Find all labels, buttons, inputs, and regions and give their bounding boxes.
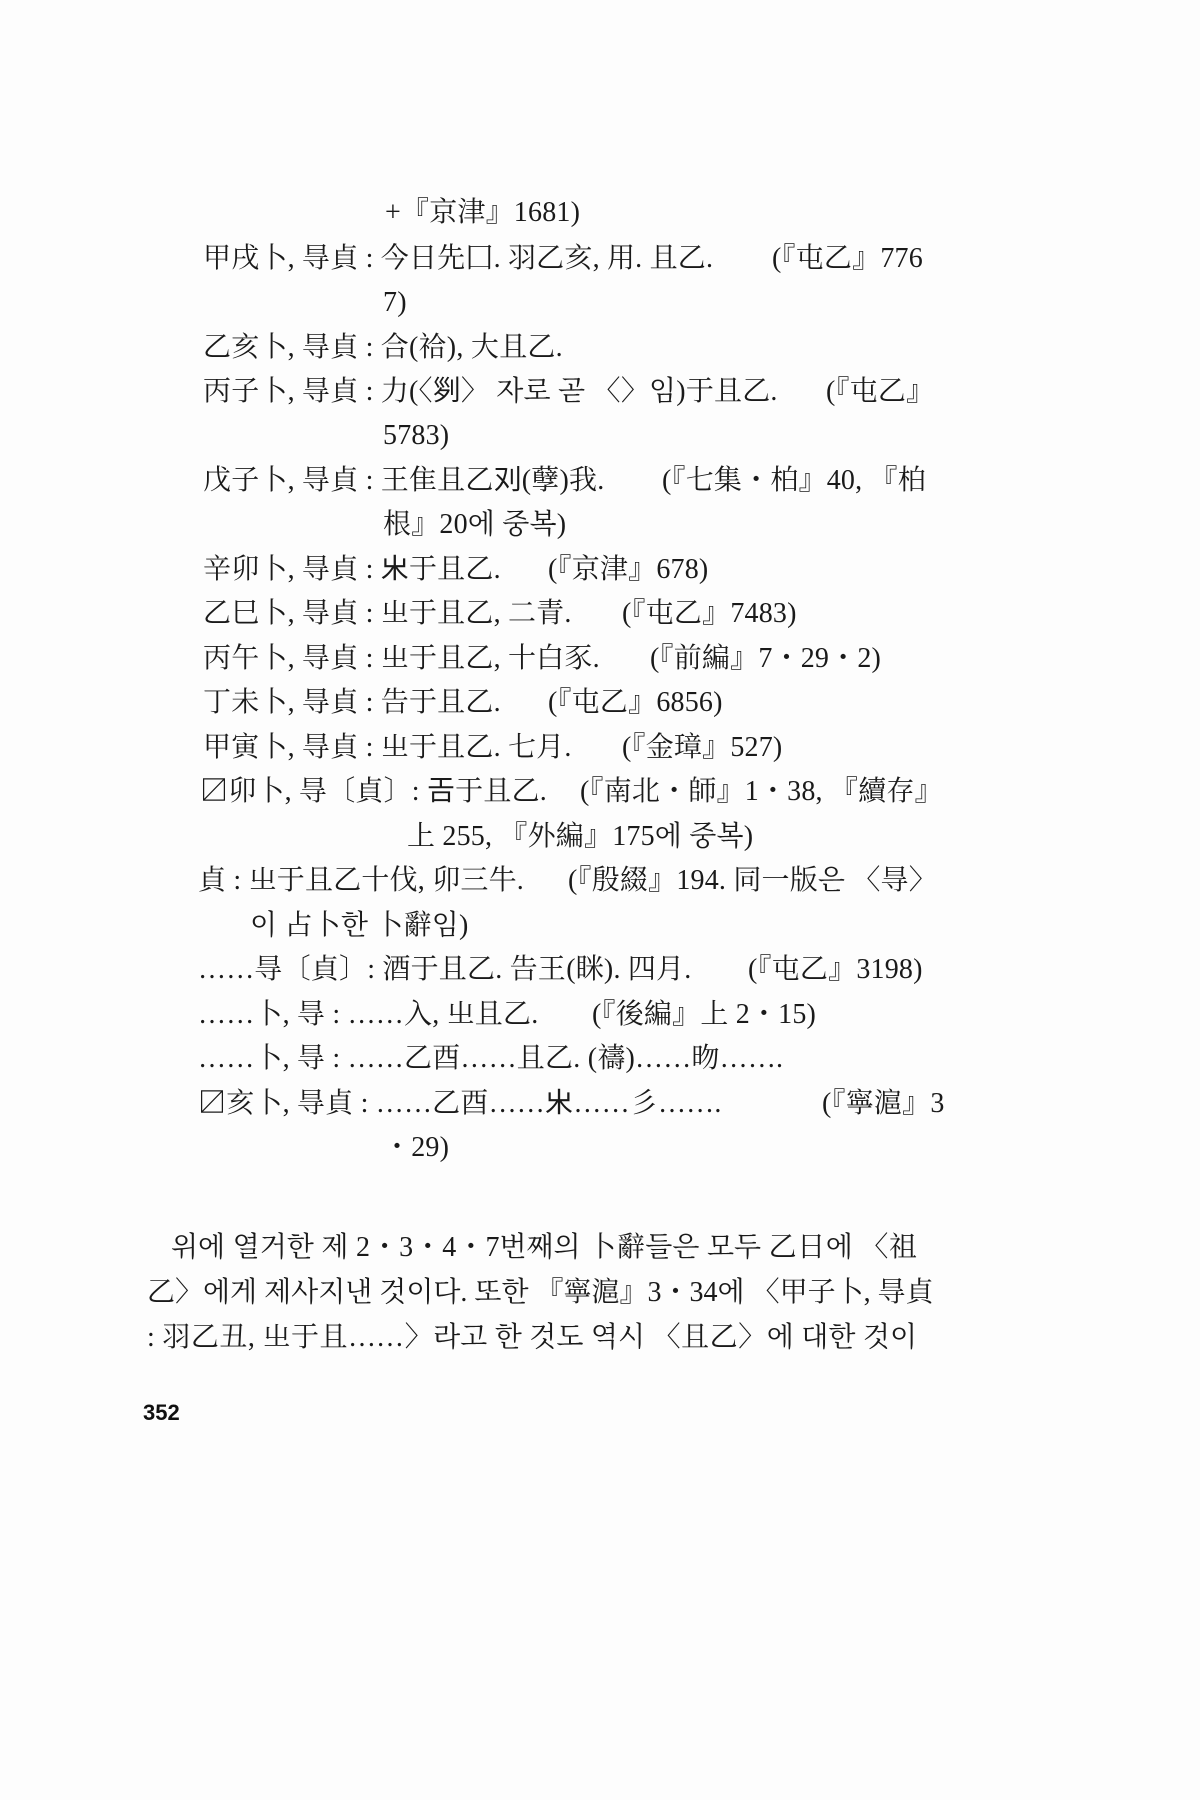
entry-body: ……乙酉……𣎵𠃬……彡…….	[376, 1088, 722, 1119]
entry-citation: (『屯乙』7483)	[622, 597, 797, 631]
inscription-entry: 貞 : 㞢于且乙十伐, 卯三牛.	[198, 864, 524, 898]
entry-citation: (『屯乙』3198)	[748, 953, 923, 987]
inscription-entry: 丙子卜, 㝵貞 : 力(〈𠛱〉 자로 곧 〈𡕥〉임)于且乙.	[203, 375, 778, 409]
inscription-entry: ……㝵〔貞〕: 酒于且乙. 告王𡆥(眯). 四月.	[198, 953, 691, 987]
inscription-entry: ……卜, 㝵 : ……入, 㞢且乙.	[198, 998, 538, 1032]
entry-continuation: 이 占卜한 卜辭임)	[250, 909, 468, 943]
inscription-entry: 〼亥卜, 㝵貞 : ……乙酉……𣎵𠃬……彡…….	[198, 1087, 722, 1121]
entry-continuation: 上 255, 『外編』175에 중복)	[407, 820, 753, 854]
entry-continuation: 5783)	[383, 419, 449, 453]
entry-prefix: ……卜, 㝵 :	[198, 1043, 348, 1074]
entry-body: 合(祫)𠀠, 大𢀛且乙.	[381, 332, 563, 363]
paragraph-line: 乙〉에게 제사지낸 것이다. 또한 『寧滬』3・34에 〈甲子卜, 㝵貞	[147, 1270, 917, 1315]
inscription-entry: 甲寅卜, 㝵貞 : 㞢于且乙. 七月.	[203, 731, 572, 765]
entry-prefix: ……卜, 㝵 :	[198, 999, 348, 1030]
entry-prefix: 甲寅卜, 㝵貞 :	[203, 732, 381, 763]
entry-prefix: 丁未卜, 㝵貞 :	[203, 687, 381, 718]
inscription-entry: 辛卯卜, 㝵貞 : 𣎵于且乙.	[203, 553, 501, 587]
entry-prefix: 甲戌卜, 㝵貞 :	[203, 243, 381, 274]
entry-body: ……乙酉……且乙. 𠃬(禱)……昒…….	[348, 1043, 784, 1074]
entry-body: 酒于且乙. 告王𡆥(眯). 四月.	[382, 954, 691, 985]
entry-body: 力(〈𠛱〉 자로 곧 〈𡕥〉임)于且乙.	[381, 376, 778, 407]
entry-prefix: 貞 :	[198, 865, 249, 896]
paragraph-line: 위에 열거한 제 2・3・4・7번째의 卜辭들은 모두 乙日에 〈祖	[147, 1225, 917, 1270]
entry-body: 告于且乙.	[381, 687, 501, 718]
entry-citation: (『屯乙』6856)	[548, 686, 723, 720]
entry-citation: (『屯乙』	[826, 375, 934, 409]
body-paragraph: 위에 열거한 제 2・3・4・7번째의 卜辭들은 모두 乙日에 〈祖 乙〉에게 …	[147, 1225, 917, 1360]
entry-body: 今日先囗. 羽乙亥, 用. 且乙.	[381, 243, 713, 274]
entry-citation: (『前編』7・29・2)	[650, 642, 881, 676]
entry-prefix: 戊子卜, 㝵貞 :	[203, 465, 381, 496]
entry-body: 𣎵于且乙.	[381, 554, 501, 585]
entry-prefix: 辛卯卜, 㝵貞 :	[203, 554, 381, 585]
entry-prefix: 〼卯卜, 㝵〔貞〕:	[200, 776, 427, 807]
entry-citation: (『後編』上 2・15)	[592, 998, 816, 1032]
entry-body: 𢀛于且乙.	[427, 776, 547, 807]
entry-body: ……入, 㞢且乙.	[348, 999, 539, 1030]
page-number: 352	[143, 1400, 180, 1426]
book-page: +『京津』1681) 甲戌卜, 㝵貞 : 今日先囗. 羽乙亥, 用. 且乙. (…	[0, 0, 1200, 1800]
entry-prefix: 丙子卜, 㝵貞 :	[203, 376, 381, 407]
paragraph-line: : 羽乙丑, 㞢于且……〉라고 한 것도 역시 〈且乙〉에 대한 것이	[147, 1315, 917, 1360]
entry-body: 王隹且乙𠚫(孽)我.	[381, 465, 605, 496]
entry-body: +『京津』1681)	[385, 197, 580, 228]
entry-prefix: 乙亥卜, 㝵貞 :	[203, 332, 381, 363]
inscription-entry: 甲戌卜, 㝵貞 : 今日先囗. 羽乙亥, 用. 且乙.	[203, 242, 713, 276]
entry-prefix: ……㝵〔貞〕:	[198, 954, 382, 985]
inscription-entry: 乙亥卜, 㝵貞 : 合(祫)𠀠, 大𢀛且乙.	[203, 331, 563, 365]
entry-prefix: 丙午卜, 㝵貞 :	[203, 643, 381, 674]
entry-citation: (『京津』678)	[548, 553, 708, 587]
entry-citation: (『南北・師』1・38, 『續存』	[580, 775, 943, 809]
inscription-entry: 〼卯卜, 㝵〔貞〕: 𢀛于且乙.	[200, 775, 547, 809]
continuation-line: +『京津』1681)	[385, 196, 580, 230]
inscription-entry: 乙巳卜, 㝵貞 : 㞢于且乙, 二青.	[203, 597, 572, 631]
entry-continuation: 7)	[383, 286, 407, 320]
inscription-entry: 戊子卜, 㝵貞 : 王隹且乙𠚫(孽)我.	[203, 464, 604, 498]
entry-citation: (『寧滬』3	[822, 1087, 945, 1121]
entry-body: 㞢于且乙. 七月.	[381, 732, 572, 763]
entry-citation: (『七集・柏』40, 『柏	[662, 464, 926, 498]
entry-citation: (『屯乙』776	[772, 242, 923, 276]
inscription-entry: 丁未卜, 㝵貞 : 告于且乙.	[203, 686, 501, 720]
entry-prefix: 〼亥卜, 㝵貞 :	[198, 1088, 376, 1119]
entry-continuation: 根』20에 중복)	[383, 508, 566, 542]
entry-body: 㞢于且乙十伐, 卯三牛.	[249, 865, 524, 896]
inscription-entry: 丙午卜, 㝵貞 : 㞢于且乙, 十白豕.	[203, 642, 600, 676]
entry-prefix: 乙巳卜, 㝵貞 :	[203, 598, 381, 629]
entry-body: 㞢于且乙, 十白豕.	[381, 643, 600, 674]
entry-continuation: ・29)	[383, 1131, 449, 1165]
entry-body: 㞢于且乙, 二青.	[381, 598, 572, 629]
inscription-entry: ……卜, 㝵 : ……乙酉……且乙. 𠃬(禱)……昒…….	[198, 1042, 783, 1076]
entry-citation: (『金璋』527)	[622, 731, 782, 765]
entry-citation: (『殷綴』194. 同一版은 〈㝵〉	[568, 864, 937, 898]
